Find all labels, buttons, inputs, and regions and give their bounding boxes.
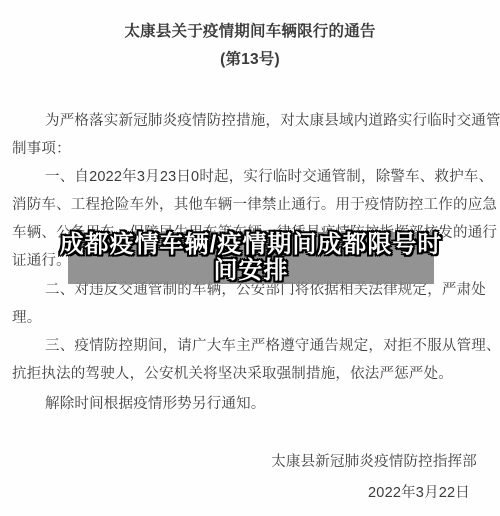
watermark-overlay: 成都疫情车辆/疫情期间成都限号时 间安排 — [68, 232, 434, 284]
issue-number: (第13号) — [0, 50, 500, 70]
notice-line: 一、自2022年3月23日0时起，实行临时交通管制，除警车、救护车、 — [45, 167, 493, 187]
watermark-text-line2: 间安排 — [214, 258, 289, 284]
notice-line: 抗拒执法的驾驶人，公安机关将坚决采取强制措施，依法严惩严处。 — [12, 364, 453, 384]
notice-line: 制事项： — [12, 139, 71, 159]
notice-line: 消防车、工程抢险车外，其他车辆一律禁止通行。用于疫情防控工作的应急 — [12, 195, 497, 215]
issue-date: 2022年3月22日 — [368, 483, 470, 503]
notice-document: 太康县关于疫情期间车辆限行的通告 (第13号) 为严格落实新冠肺炎疫情防控措施，… — [0, 0, 500, 516]
notice-line: 为严格落实新冠肺炎疫情防控措施，对太康县域内道路实行临时交通管 — [45, 111, 500, 131]
signer-name: 太康县新冠肺炎疫情防控指挥部 — [271, 452, 477, 472]
notice-line: 解除时间根据疫情形势另行通知。 — [45, 394, 266, 414]
notice-line: 理。 — [12, 308, 41, 328]
watermark-text-line1: 成都疫情车辆/疫情期间成都限号时 — [60, 232, 443, 258]
notice-line: 三、疫情防控期间，请广大车主严格遵守通告规定，对拒不服从管理、 — [45, 336, 500, 356]
notice-title: 太康县关于疫情期间车辆限行的通告 — [0, 22, 500, 42]
